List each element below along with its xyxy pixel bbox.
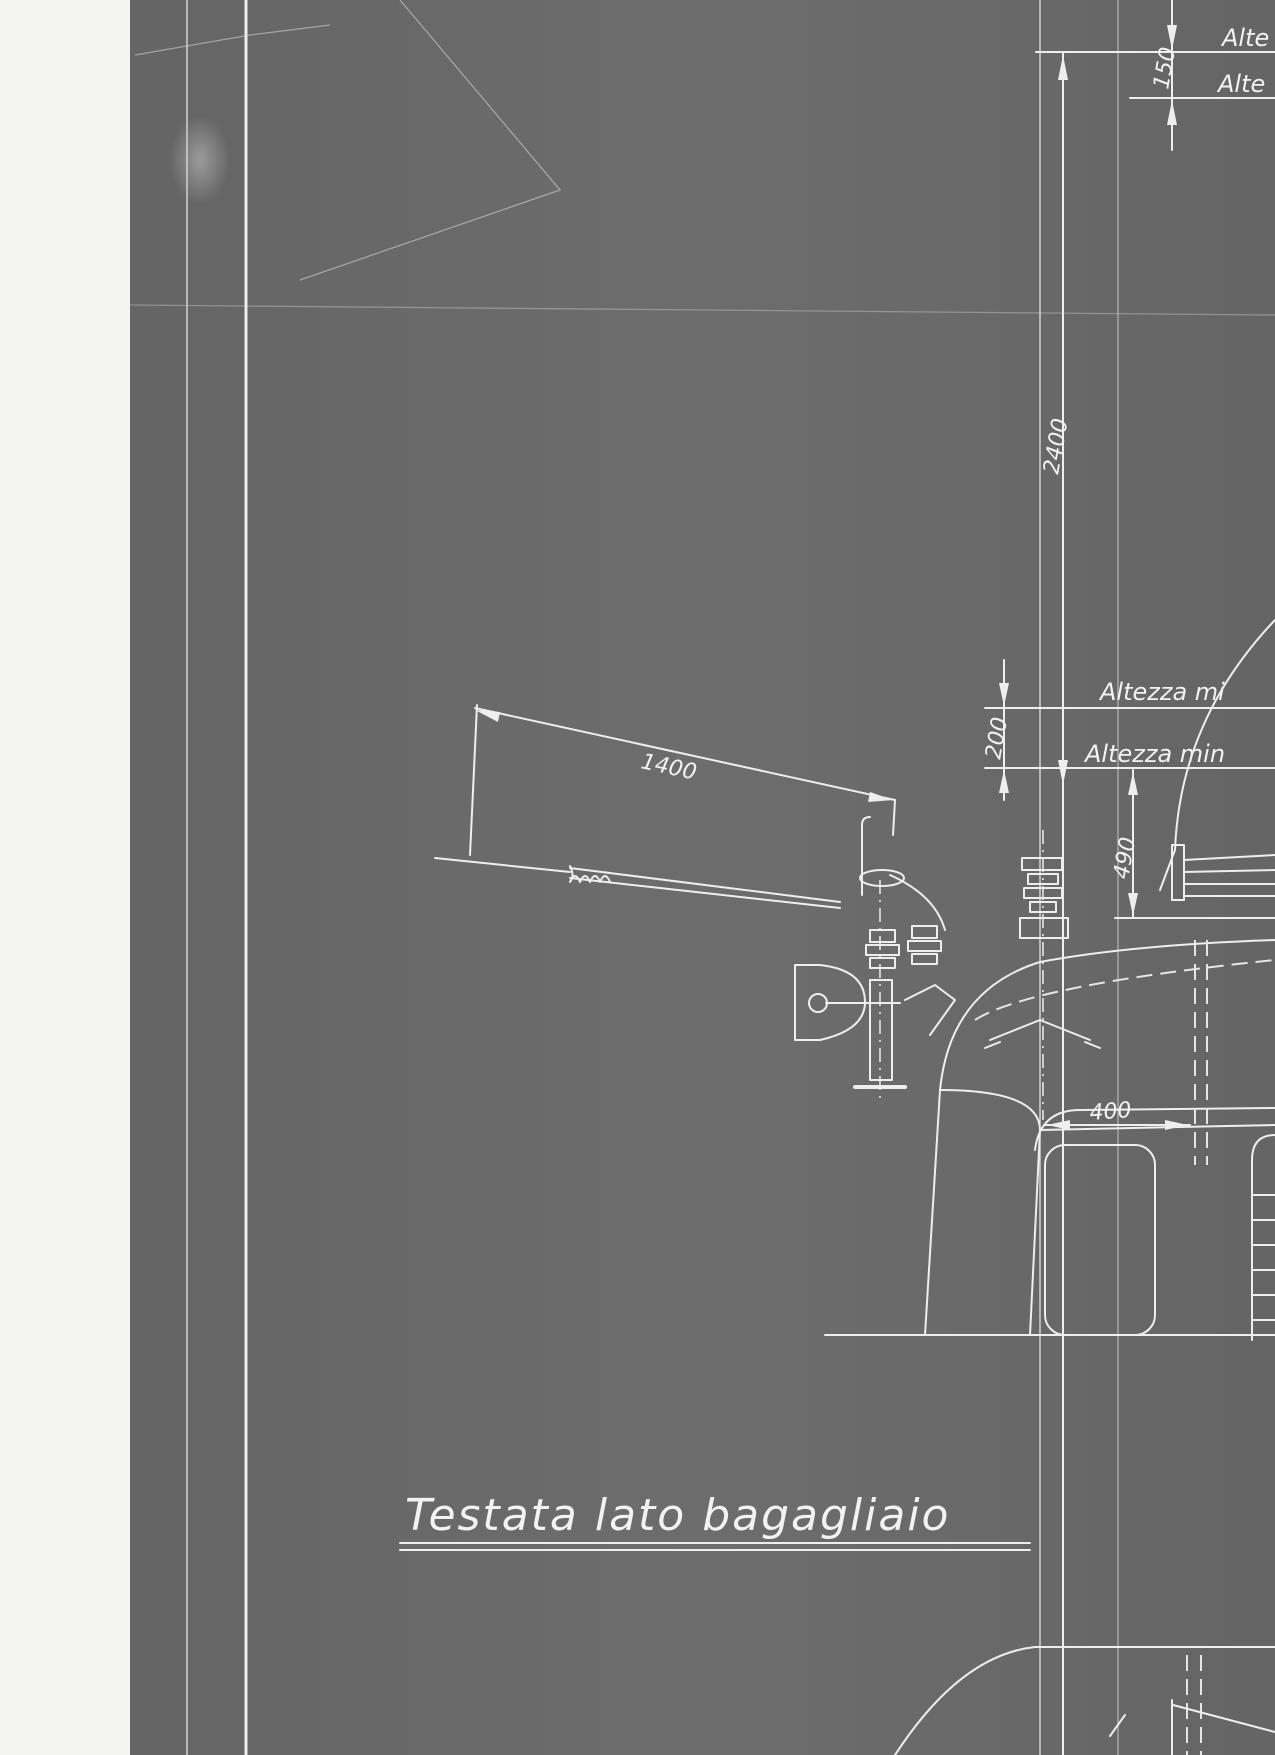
drawing-title: Testata lato bagagliaio (405, 1490, 950, 1541)
dim-490-label: 490 (1109, 835, 1141, 881)
roof-insulator (985, 830, 1100, 1120)
technical-drawing: 150 Alte Alte 2400 200 Altezza mi Altezz… (0, 0, 1275, 1755)
paper-crease (135, 0, 560, 280)
pantograph-base (1172, 845, 1275, 900)
dim-2400-label: 2400 (1039, 417, 1073, 476)
altezza-label-mid-1: Altezza mi (1098, 678, 1225, 706)
dim-200-label: 200 (981, 715, 1013, 761)
dimension-150: 150 (1036, 0, 1275, 1755)
altezza-label-mid-2: Altezza min (1083, 740, 1225, 768)
altezza-label-top-1: Alte (1220, 24, 1269, 52)
insulator-assembly (795, 817, 955, 1100)
dimension-1400: 1400 (470, 705, 895, 855)
altezza-label-top-2: Alte (1216, 70, 1265, 98)
dimension-2400: 2400 (1039, 0, 1118, 1755)
dim-400-label: 400 (1089, 1098, 1133, 1126)
dimension-400: 400 (1045, 1098, 1190, 1130)
lower-profile (895, 1647, 1275, 1755)
coupling-rod (435, 858, 840, 908)
